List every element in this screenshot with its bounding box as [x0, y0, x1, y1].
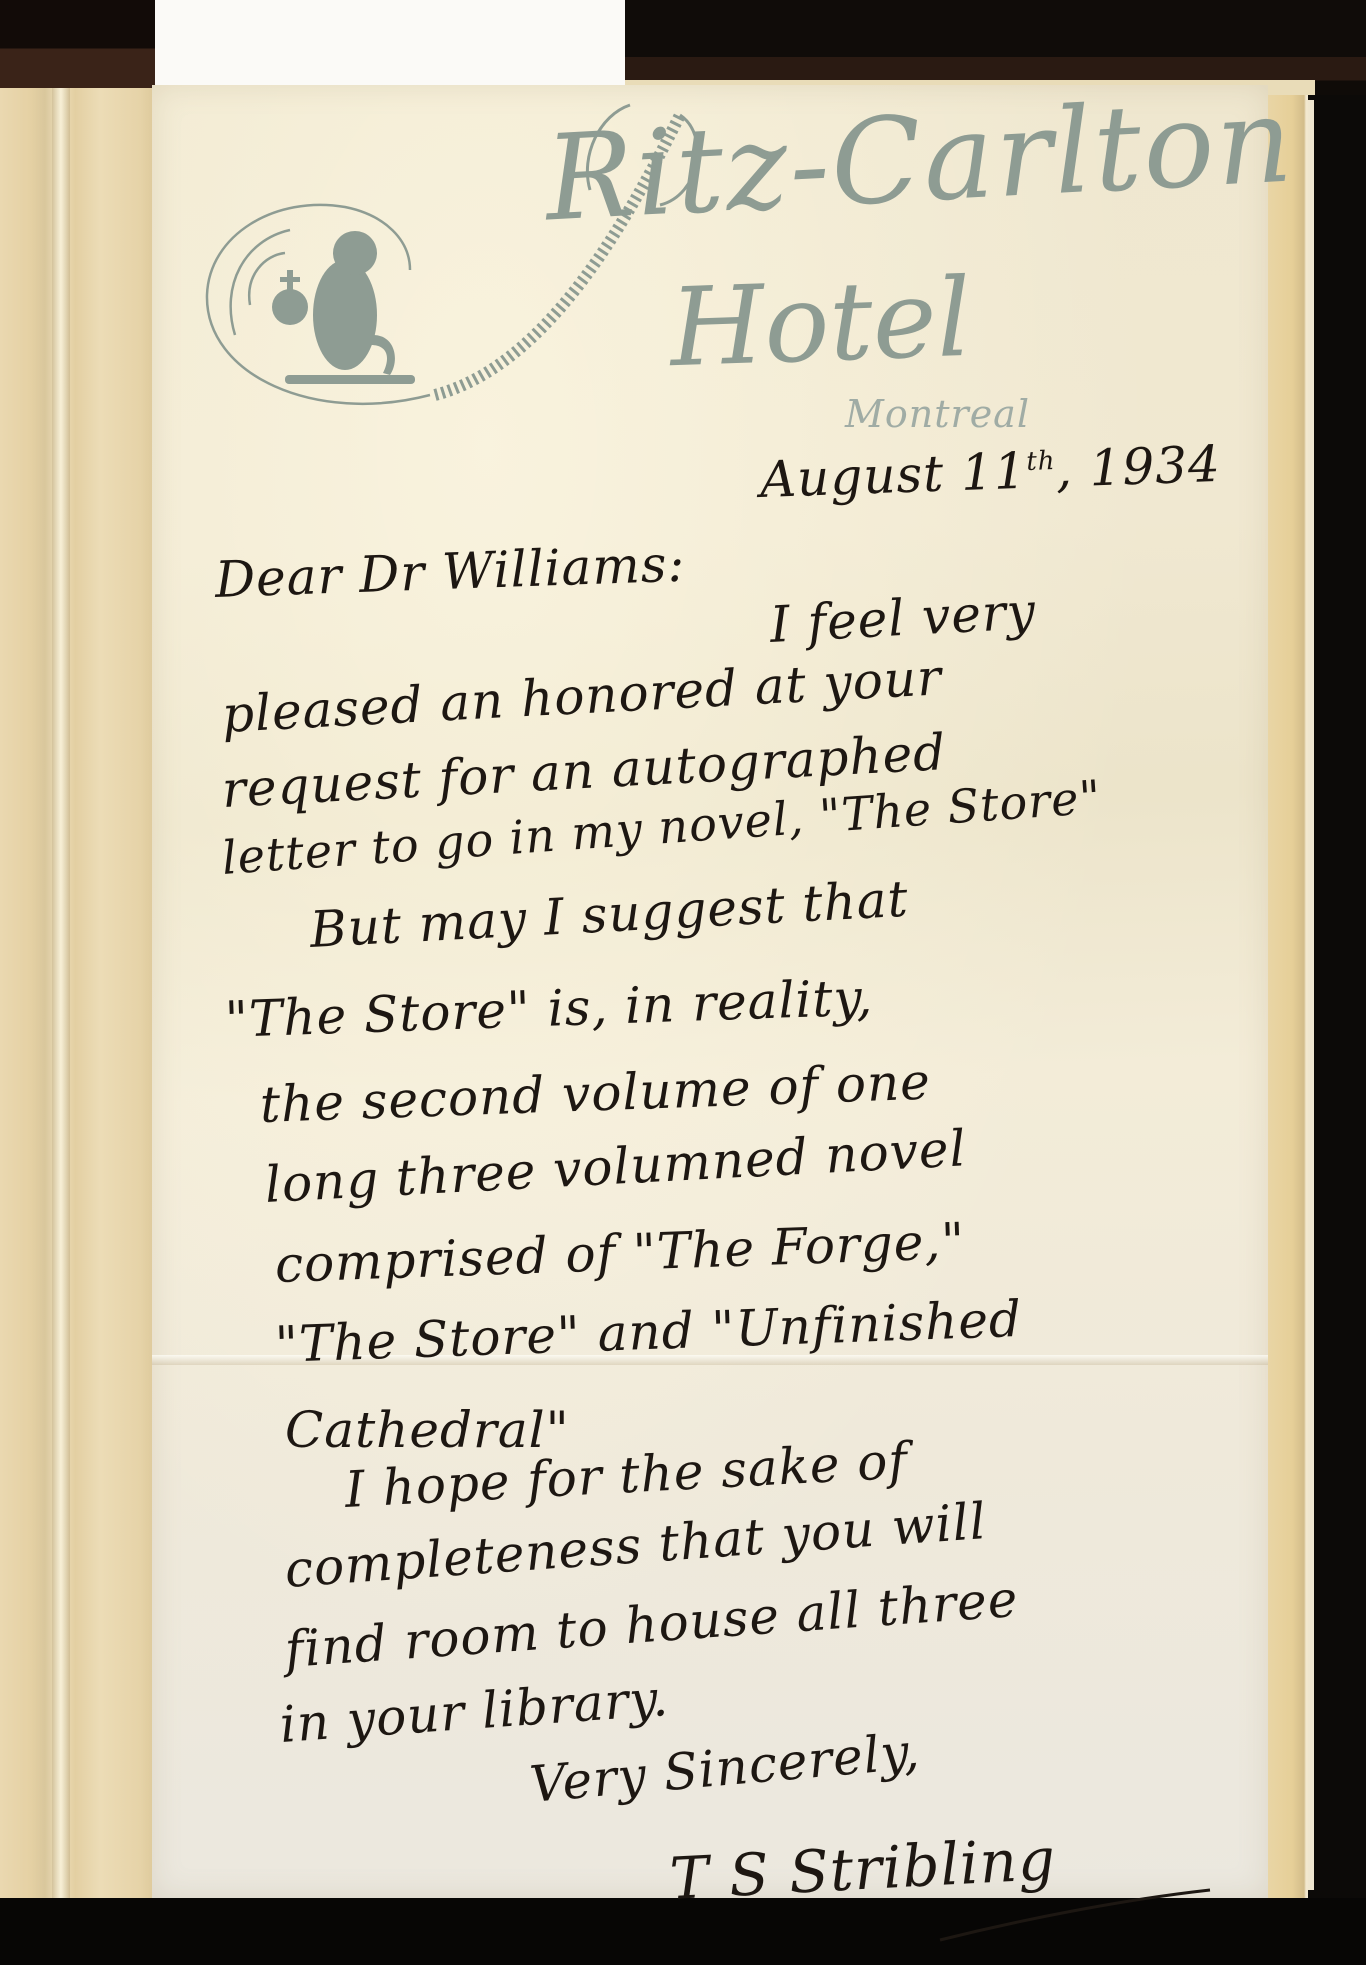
- date-year: , 1934: [1055, 435, 1222, 499]
- signature-underline-icon: [920, 1880, 1220, 1950]
- date-month-day: August 11: [759, 442, 1028, 509]
- letterhead-hotel-name: Ritz-Carlton: [542, 80, 1296, 237]
- gutter-crease: [52, 88, 70, 1898]
- page-edge-strip-right: [1268, 95, 1308, 1898]
- letter-date: August 11th, 1934: [759, 439, 1222, 505]
- letter-line: Cathedral": [285, 1405, 570, 1455]
- white-paper-slip: [155, 0, 625, 85]
- page-edge-line-right: [1308, 100, 1314, 1890]
- letterhead-hotel-word: Hotel: [668, 265, 973, 383]
- date-ordinal: th: [1026, 446, 1056, 477]
- book-cover-cloth-top-left: [0, 0, 155, 88]
- lion-crest-icon: [195, 185, 455, 410]
- letterhead-city: Montreal: [845, 392, 1030, 436]
- book-gutter-endpaper: [0, 88, 155, 1898]
- letter-salutation: Dear Dr Williams:: [214, 539, 686, 605]
- letter-line: I feel very: [769, 586, 1037, 650]
